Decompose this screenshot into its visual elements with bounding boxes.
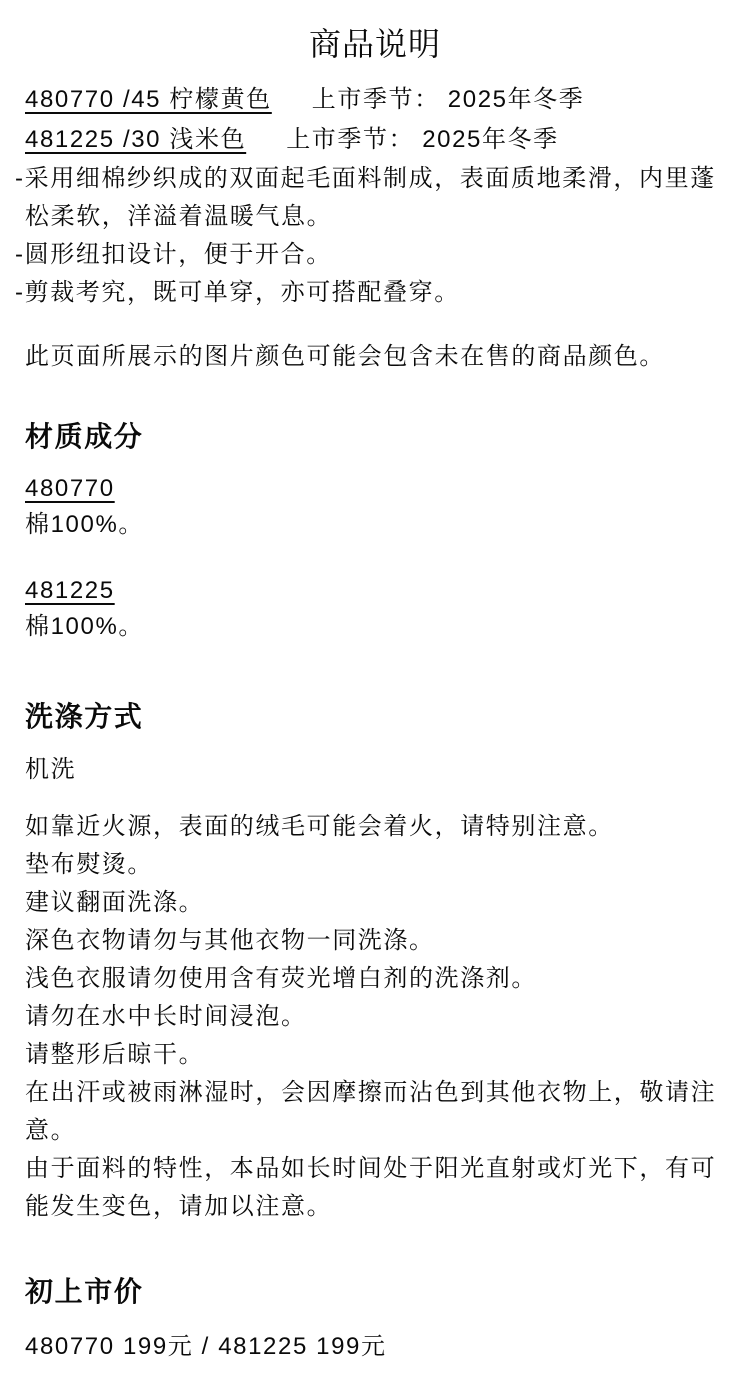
care-note: 在出汗或被雨淋湿时，会因摩擦而沾色到其他衣物上，敬请注意。 [25,1074,725,1150]
feature-list: -采用细棉纱织成的双面起毛面料制成，表面质地柔滑，内里蓬松柔软，洋溢着温暖气息。… [25,160,725,312]
care-notes-list: 如靠近火源，表面的绒毛可能会着火，请特别注意。 垫布熨烫。 建议翻面洗涤。 深色… [25,808,725,1226]
feature-item: -采用细棉纱织成的双面起毛面料制成，表面质地柔滑，内里蓬松柔软，洋溢着温暖气息。 [25,160,725,236]
product-code-color: 480770 /45 柠檬黄色 [25,86,272,113]
season-value: 2025年冬季 [422,126,559,153]
care-method: 机洗 [25,751,725,789]
material-item: 481225 棉100%。 [25,573,725,645]
care-note: 请勿在水中长时间浸泡。 [25,998,725,1036]
care-note: 建议翻面洗涤。 [25,884,725,922]
material-item: 480770 棉100%。 [25,471,725,543]
season-info: 上市季节：2025年冬季 [286,126,559,153]
material-item-code: 480770 [25,471,725,507]
material-item-composition: 棉100%。 [25,609,725,645]
care-note: 垫布熨烫。 [25,846,725,884]
care-note: 如靠近火源，表面的绒毛可能会着火，请特别注意。 [25,808,725,846]
product-line: 480770 /45 柠檬黄色上市季节：2025年冬季 [25,80,725,120]
care-note: 深色衣物请勿与其他衣物一同洗涤。 [25,922,725,960]
product-code-color: 481225 /30 浅米色 [25,126,246,153]
material-item-composition: 棉100%。 [25,507,725,543]
season-info: 上市季节：2025年冬季 [312,86,585,113]
price-heading: 初上市价 [25,1272,725,1312]
care-note: 由于面料的特性，本品如长时间处于阳光直射或灯光下，有可能发生变色，请加以注意。 [25,1150,725,1226]
feature-item: -剪裁考究，既可单穿，亦可搭配叠穿。 [25,274,725,312]
season-value: 2025年冬季 [448,86,585,113]
product-color-list: 480770 /45 柠檬黄色上市季节：2025年冬季 481225 /30 浅… [25,80,725,160]
care-heading: 洗涤方式 [25,697,725,737]
season-label: 上市季节： [286,126,414,153]
care-note: 请整形后晾干。 [25,1036,725,1074]
price-text: 480770 199元 / 481225 199元 [25,1328,725,1366]
page-title: 商品说明 [25,24,725,64]
product-line: 481225 /30 浅米色上市季节：2025年冬季 [25,120,725,160]
product-description-page: 商品说明 480770 /45 柠檬黄色上市季节：2025年冬季 481225 … [0,0,750,1393]
feature-item: -圆形纽扣设计，便于开合。 [25,236,725,274]
colors-note: 此页面所展示的图片颜色可能会包含未在售的商品颜色。 [25,338,725,376]
season-label: 上市季节： [312,86,440,113]
care-note: 浅色衣服请勿使用含有荧光增白剂的洗涤剂。 [25,960,725,998]
material-heading: 材质成分 [25,417,725,457]
material-item-code: 481225 [25,573,725,609]
